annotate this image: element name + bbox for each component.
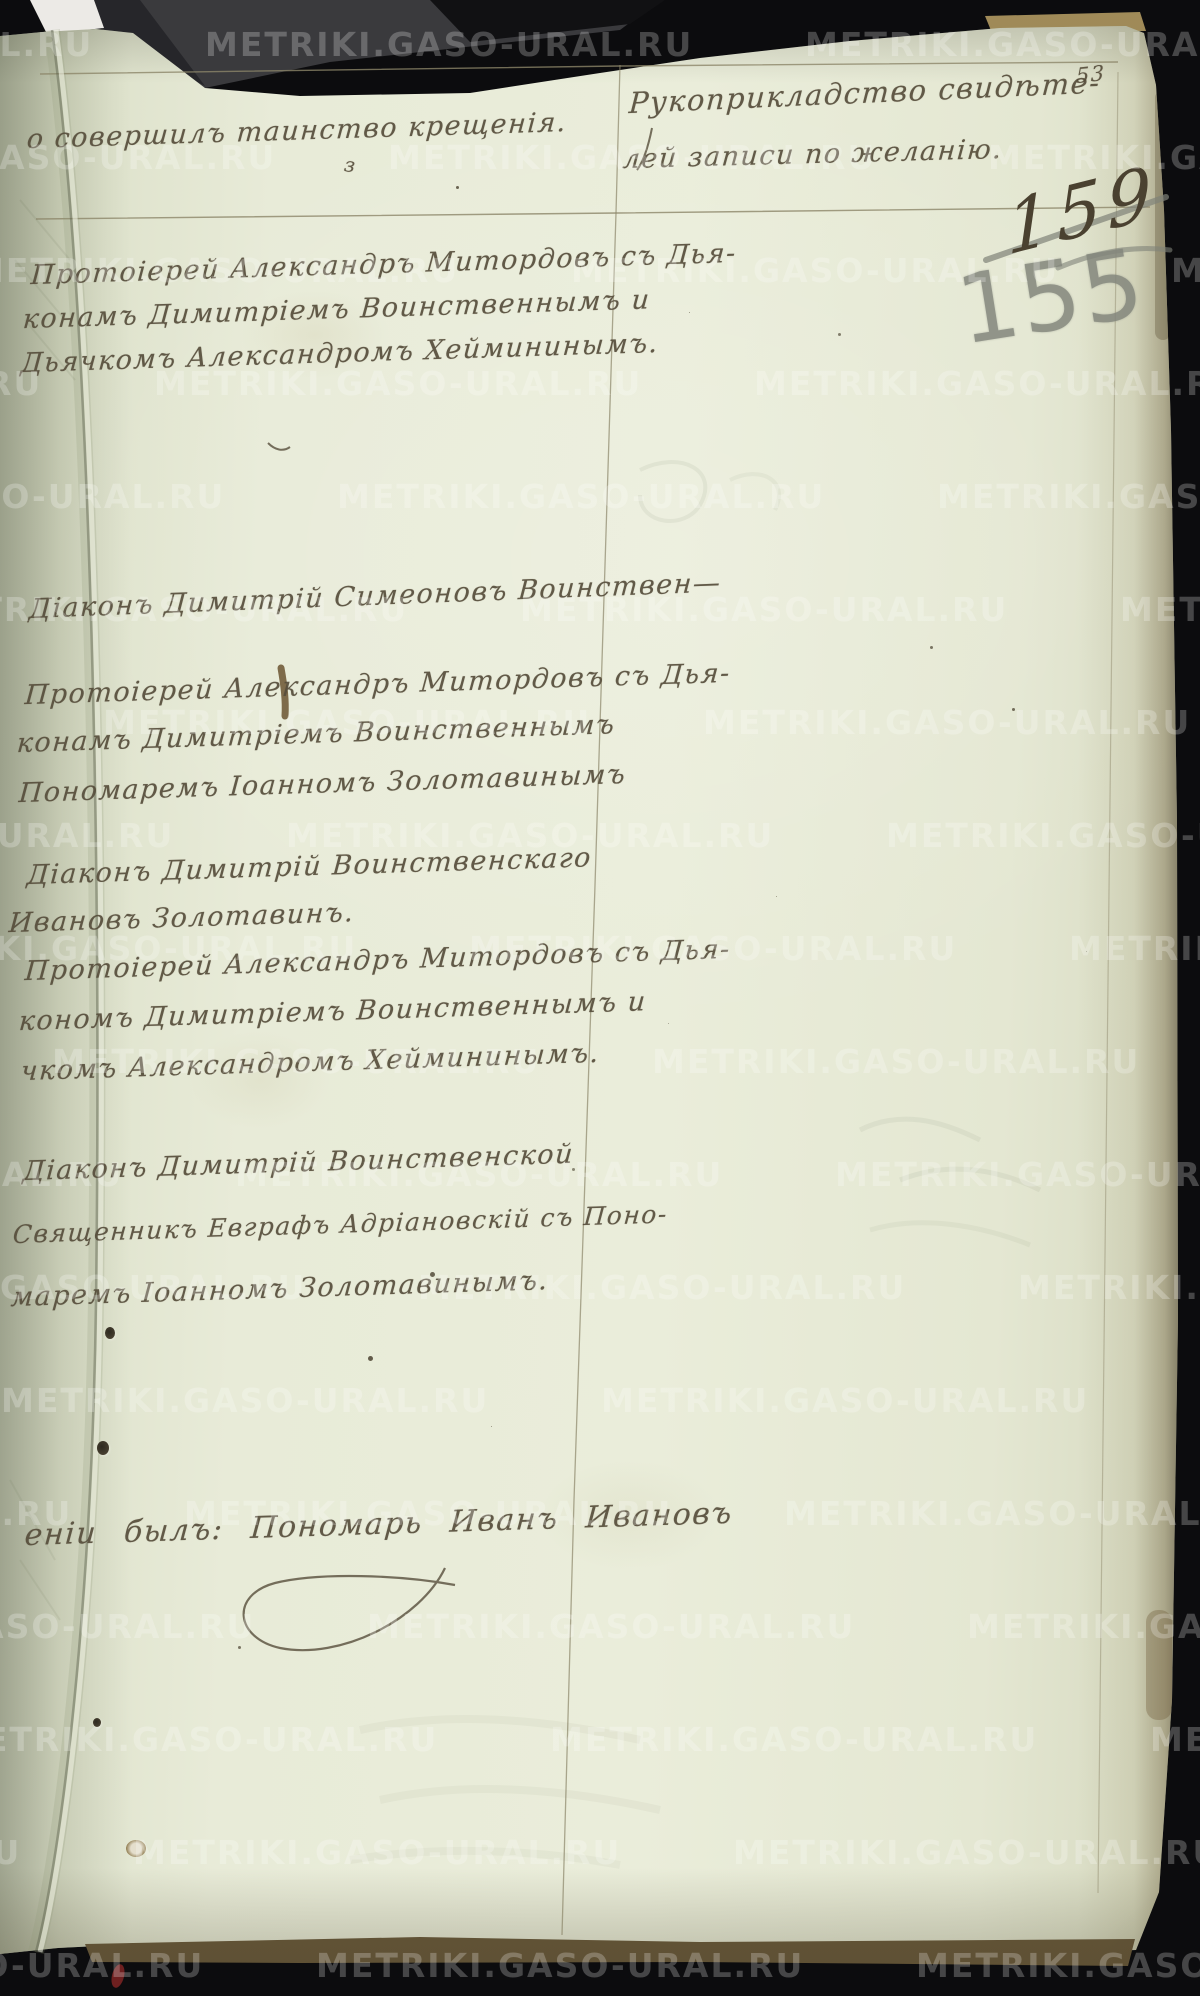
ink-squiggle <box>268 443 290 450</box>
paper-spot <box>126 1840 146 1857</box>
signature-flourish <box>244 1568 455 1650</box>
corner-note-number: 53 <box>1076 61 1106 88</box>
wormhole <box>93 1718 101 1727</box>
scanned-metric-book-photo: о совершилъ таинство крещенія. з Рукопри… <box>0 0 1200 1996</box>
ruled-line-second <box>36 207 1150 219</box>
wormhole <box>105 1327 115 1339</box>
ink-specks <box>456 186 459 189</box>
wormhole <box>97 1441 109 1455</box>
ghost-writing <box>10 200 1040 1865</box>
